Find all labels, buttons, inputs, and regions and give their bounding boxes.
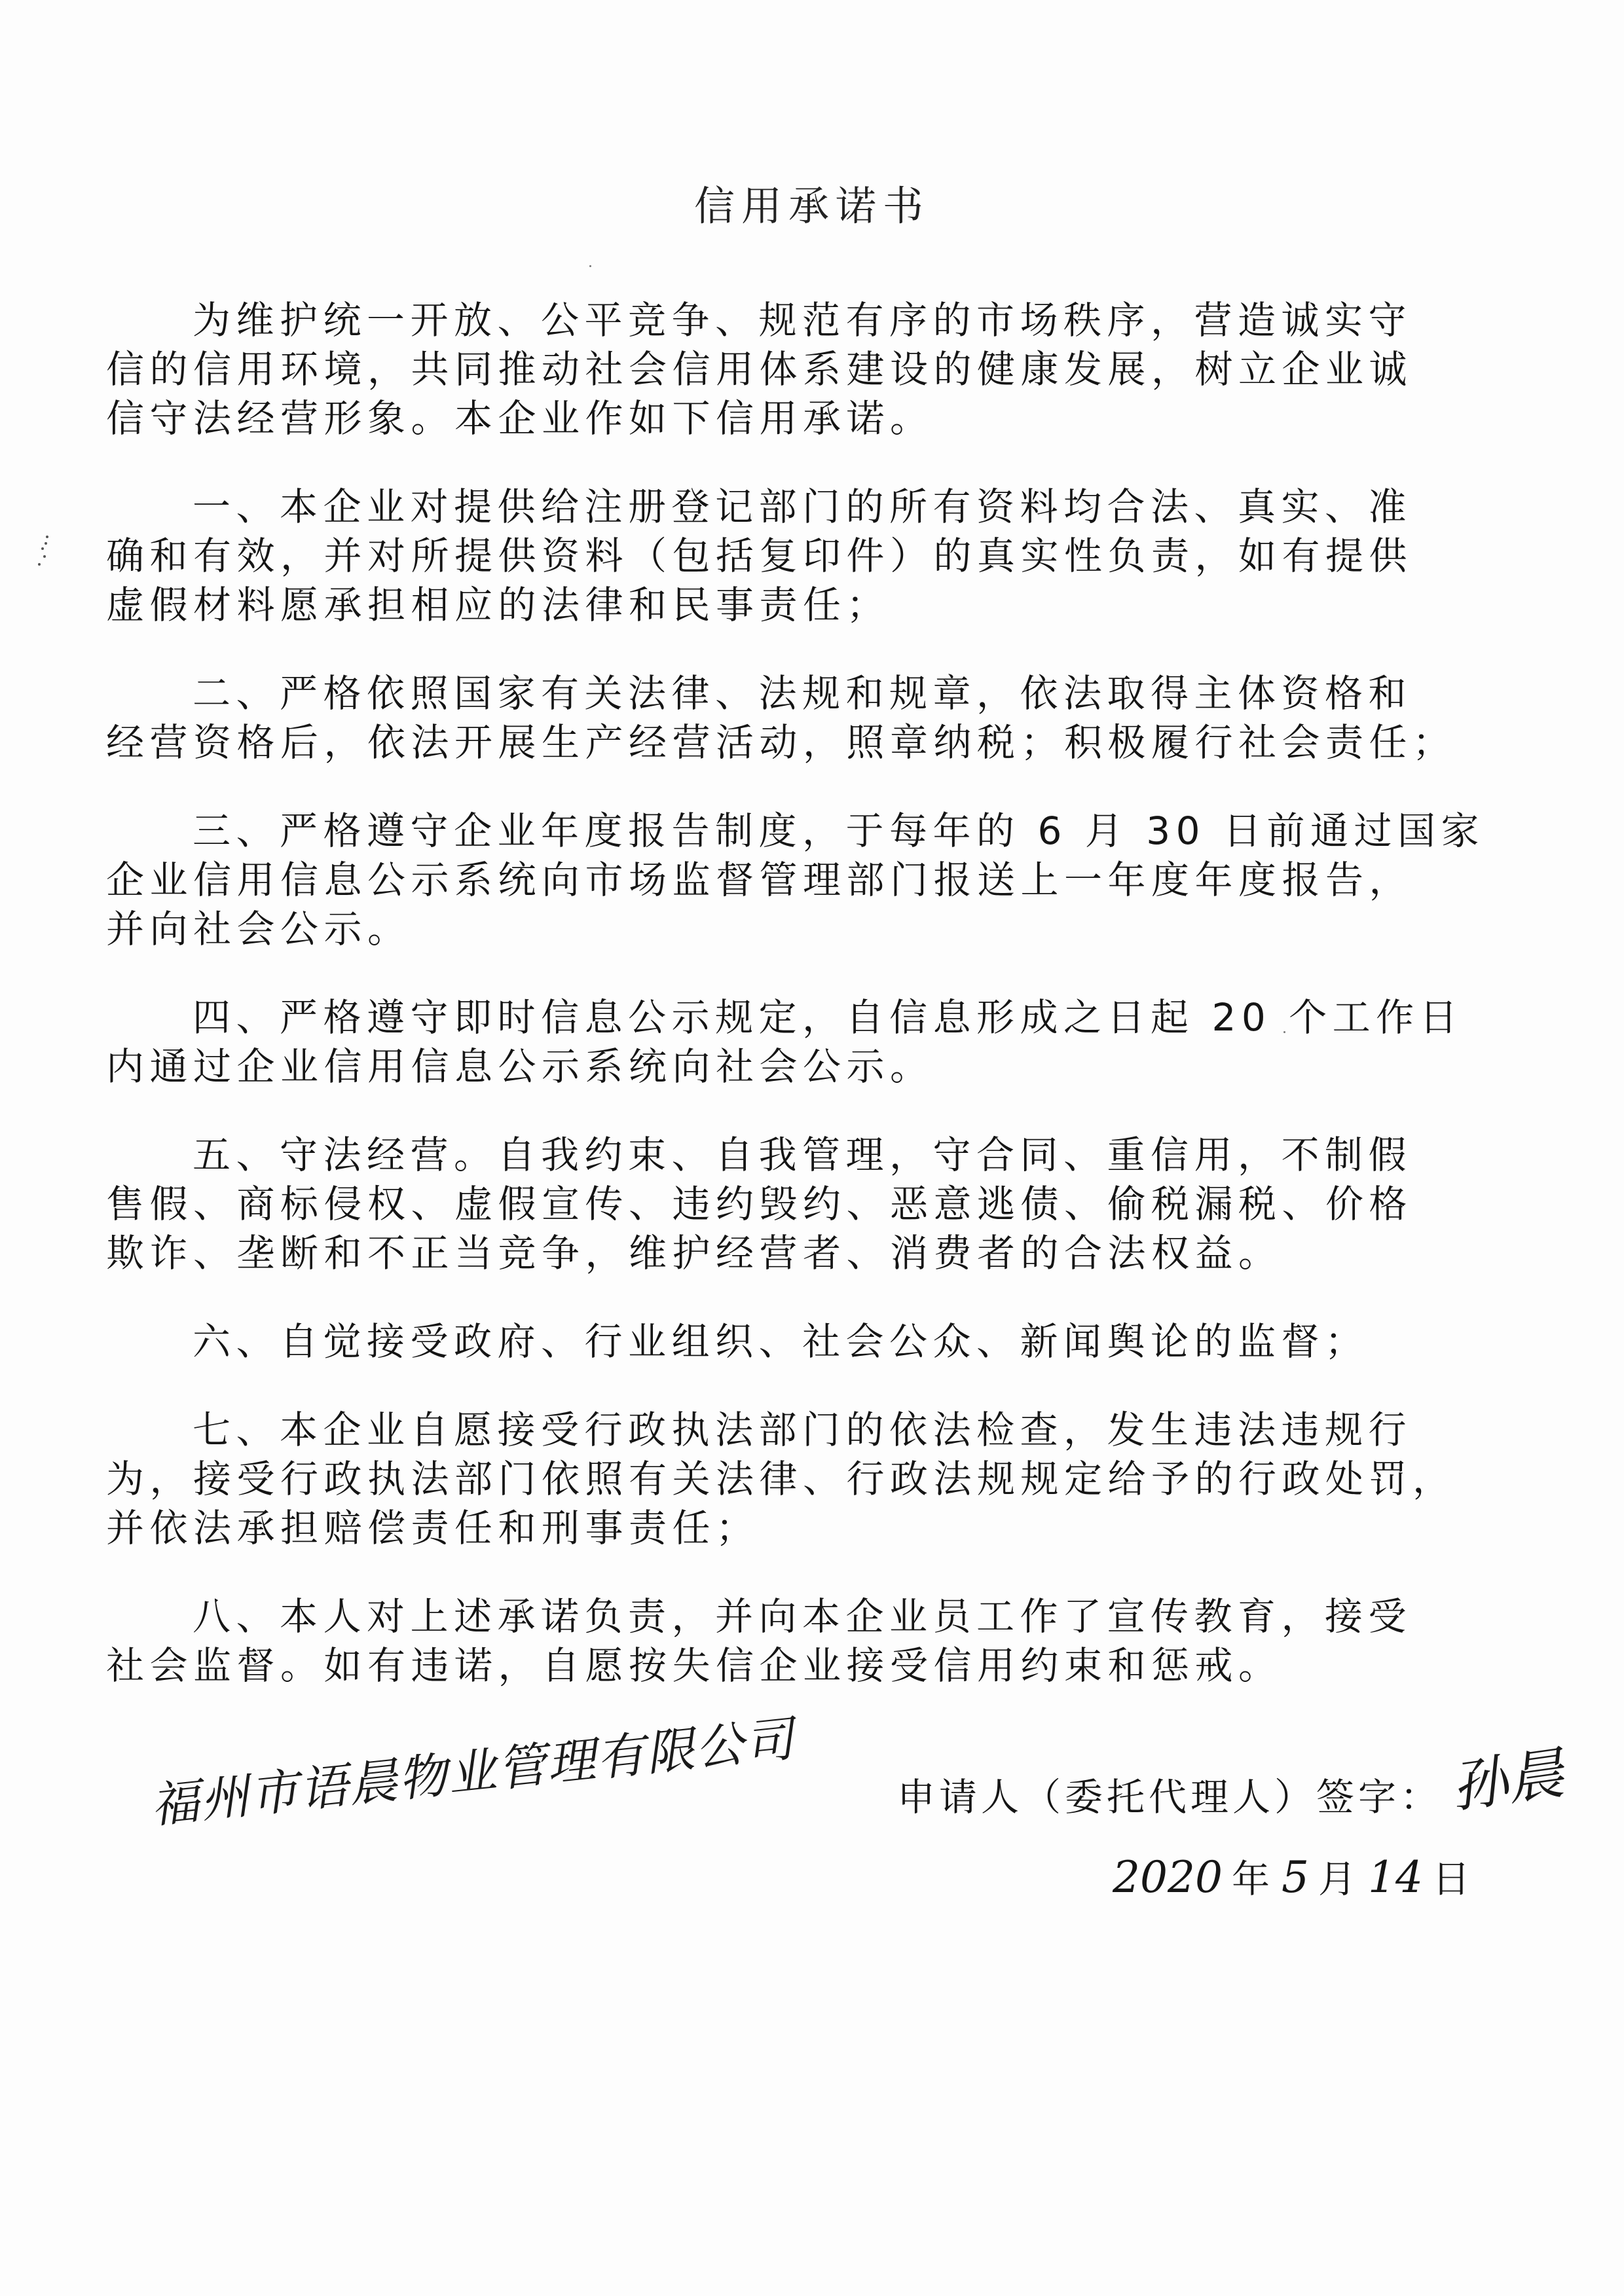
text-line: 四、严格遵守即时信息公示规定，自信息形成之日起 20 个工作日 xyxy=(106,993,1455,1042)
text-line: 五、守法经营。自我约束、自我管理，守合同、重信用，不制假 xyxy=(106,1131,1455,1180)
applicant-handwritten-signature: 孙晨 xyxy=(1445,1728,1568,1824)
text-line: 售假、商标侵权、虚假宣传、违约毁约、恶意逃债、偷税漏税、价格 xyxy=(106,1180,1455,1229)
paragraph-item-6: 六、自觉接受政府、行业组织、社会公众、新闻舆论的监督； xyxy=(106,1317,1455,1366)
text-line: 八、本人对上述承诺负责，并向本企业员工作了宣传教育，接受 xyxy=(106,1592,1455,1641)
signature-date: 2020年5月14日 xyxy=(1103,1853,1473,1904)
paragraph-item-7: 七、本企业自愿接受行政执法部门的依法检查，发生违法违规行 为，接受行政执法部门依… xyxy=(106,1406,1455,1553)
text-line: 并向社会公示。 xyxy=(106,905,1455,954)
document-body: 为维护统一开放、公平竞争、规范有序的市场秩序，营造诚实守 信的信用环境，共同推动… xyxy=(106,296,1455,1730)
paragraph-intro: 为维护统一开放、公平竞争、规范有序的市场秩序，营造诚实守 信的信用环境，共同推动… xyxy=(106,296,1455,443)
document-page: 信用承诺书 为维护统一开放、公平竞争、规范有序的市场秩序，营造诚实守 信的信用环… xyxy=(0,0,1624,2296)
date-month-suffix: 月 xyxy=(1318,1857,1359,1901)
date-day-suffix: 日 xyxy=(1432,1857,1473,1901)
paragraph-item-8: 八、本人对上述承诺负责，并向本企业员工作了宣传教育，接受 社会监督。如有违诺，自… xyxy=(106,1592,1455,1690)
text-line: 欺诈、垄断和不正当竞争，维护经营者、消费者的合法权益。 xyxy=(106,1229,1455,1278)
text-line: 七、本企业自愿接受行政执法部门的依法检查，发生违法违规行 xyxy=(106,1406,1455,1455)
date-year-suffix: 年 xyxy=(1232,1857,1272,1901)
text-line: 经营资格后，依法开展生产经营活动，照章纳税；积极履行社会责任； xyxy=(106,718,1455,767)
date-day: 14 xyxy=(1359,1852,1432,1903)
text-line: 确和有效，并对所提供资料（包括复印件）的真实性负责，如有提供 xyxy=(106,532,1455,581)
text-line: 虚假材料愿承担相应的法律和民事责任； xyxy=(106,581,1455,630)
text-line: 并依法承担赔偿责任和刑事责任； xyxy=(106,1504,1455,1553)
scan-speck xyxy=(589,265,591,267)
paragraph-item-1: 一、本企业对提供给注册登记部门的所有资料均合法、真实、准 确和有效，并对所提供资… xyxy=(106,483,1455,630)
text-line: 六、自觉接受政府、行业组织、社会公众、新闻舆论的监督； xyxy=(106,1317,1455,1366)
text-line: 信守法经营形象。本企业作如下信用承诺。 xyxy=(106,394,1455,443)
text-line: 为维护统一开放、公平竞争、规范有序的市场秩序，营造诚实守 xyxy=(106,296,1455,345)
paragraph-item-2: 二、严格依照国家有关法律、法规和规章，依法取得主体资格和 经营资格后，依法开展生… xyxy=(106,669,1455,767)
paragraph-item-5: 五、守法经营。自我约束、自我管理，守合同、重信用，不制假 售假、商标侵权、虚假宣… xyxy=(106,1131,1455,1278)
text-line: 社会监督。如有违诺，自愿按失信企业接受信用约束和惩戒。 xyxy=(106,1641,1455,1690)
date-year: 2020 xyxy=(1103,1852,1232,1903)
binding-hole-marks xyxy=(33,530,52,570)
page-title: 信用承诺书 xyxy=(0,182,1624,230)
text-line: 内通过企业信用信息公示系统向社会公示。 xyxy=(106,1042,1455,1091)
text-line: 二、严格依照国家有关法律、法规和规章，依法取得主体资格和 xyxy=(106,669,1455,718)
text-line: 信的信用环境，共同推动社会信用体系建设的健康发展，树立企业诚 xyxy=(106,345,1455,394)
applicant-signature-label: 申请人（委托代理人）签字： xyxy=(897,1773,1442,1822)
text-line: 一、本企业对提供给注册登记部门的所有资料均合法、真实、准 xyxy=(106,483,1455,532)
text-line: 三、严格遵守企业年度报告制度，于每年的 6 月 30 日前通过国家 xyxy=(106,807,1455,856)
text-line: 为，接受行政执法部门依照有关法律、行政法规规定给予的行政处罚， xyxy=(106,1455,1455,1504)
text-line: 企业信用信息公示系统向市场监督管理部门报送上一年度年度报告， xyxy=(106,856,1455,905)
paragraph-item-3: 三、严格遵守企业年度报告制度，于每年的 6 月 30 日前通过国家 企业信用信息… xyxy=(106,807,1455,954)
paragraph-item-4: 四、严格遵守即时信息公示规定，自信息形成之日起 20 个工作日 内通过企业信用信… xyxy=(106,993,1455,1091)
date-month: 5 xyxy=(1272,1852,1318,1903)
